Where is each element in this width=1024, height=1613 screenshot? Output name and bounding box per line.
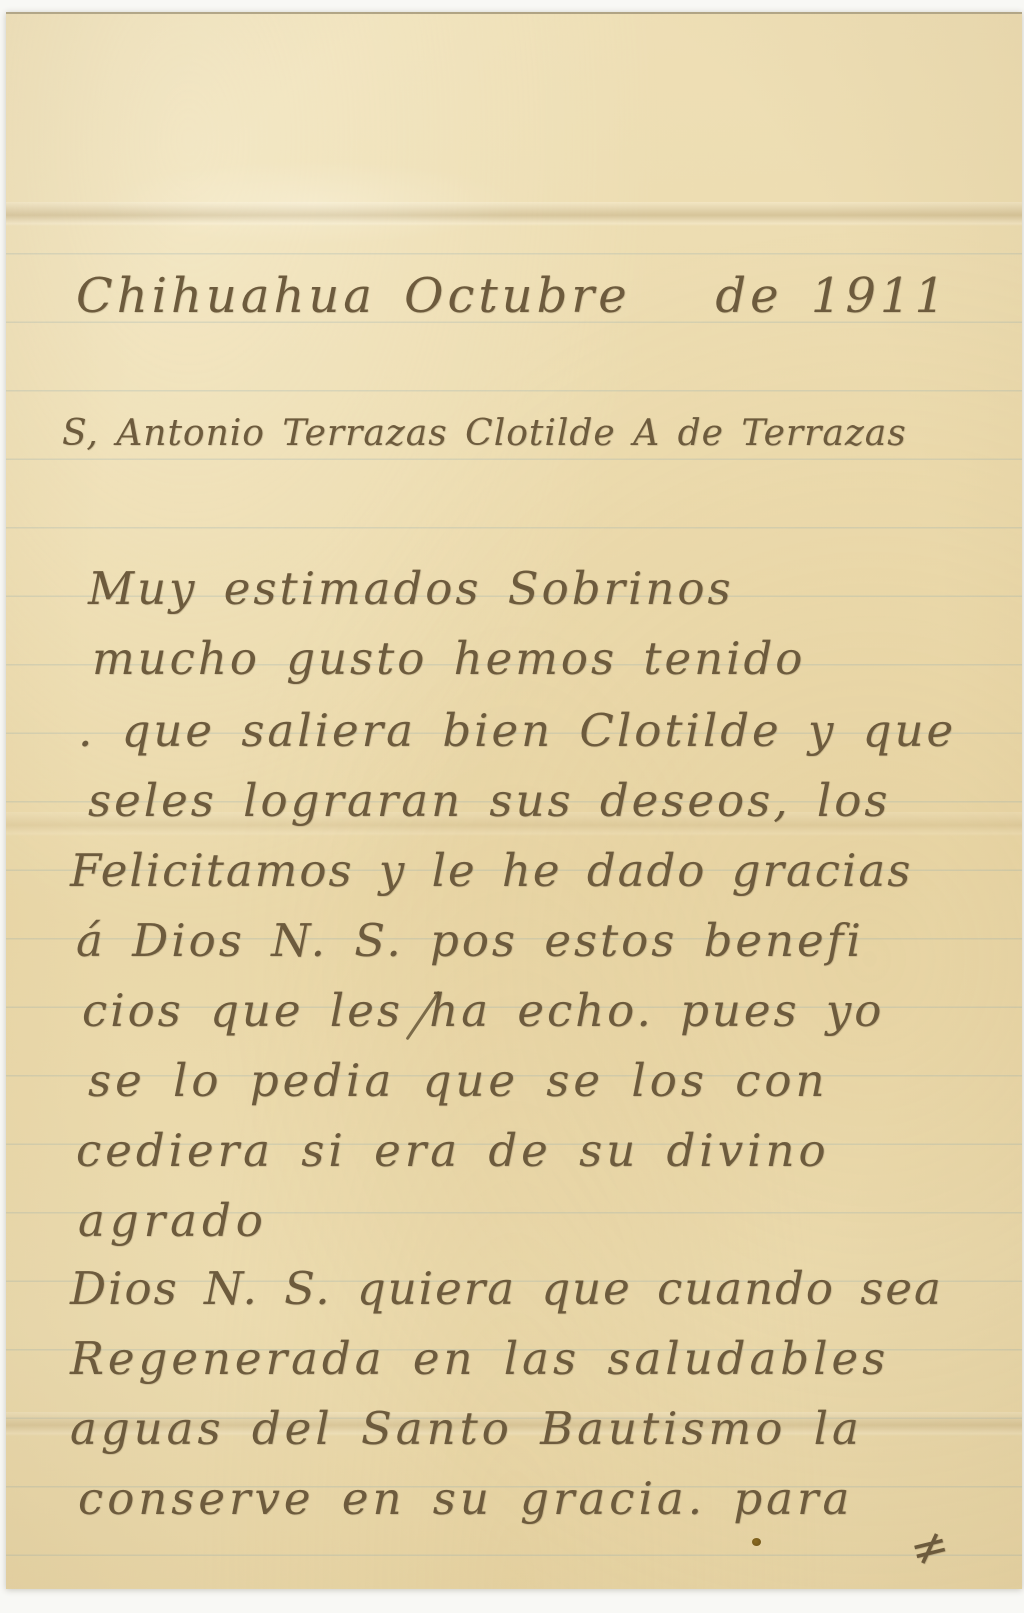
body-line: mucho gusto hemos tenido: [92, 636, 805, 681]
addressee-line: S, Antonio Terrazas Clotilde A de Terraz…: [62, 416, 907, 452]
letter-page: Chihuahua Octubre de 1911 S, Antonio Ter…: [6, 12, 1022, 1589]
ink-blot-dot: [752, 1538, 761, 1546]
body-line: agrado: [78, 1198, 268, 1243]
body-line: conserve en su gracia. para: [78, 1476, 853, 1521]
dateline: Chihuahua Octubre de 1911: [76, 272, 949, 320]
body-line: cios que les ha echo. pues yo: [82, 988, 884, 1033]
body-line: Regenerada en las saludables: [70, 1336, 889, 1381]
body-line: se lo pedia que se los con: [88, 1058, 829, 1103]
body-line: Felicitamos y le he dado gracias: [70, 848, 912, 893]
body-line: á Dios N. S. pos estos benefi: [76, 918, 864, 963]
body-line: seles lograran sus deseos, los: [88, 778, 890, 823]
body-line: Dios N. S. quiera que cuando sea: [70, 1266, 943, 1311]
body-line: . que saliera bien Clotilde y que: [78, 708, 956, 753]
fold-crease-top: [6, 202, 1022, 226]
salutation-line: Muy estimados Sobrinos: [88, 566, 734, 611]
end-mark: ≠: [904, 1516, 954, 1578]
body-line: aguas del Santo Bautismo la: [70, 1406, 863, 1451]
body-line: cediera si era de su divino: [76, 1128, 830, 1173]
